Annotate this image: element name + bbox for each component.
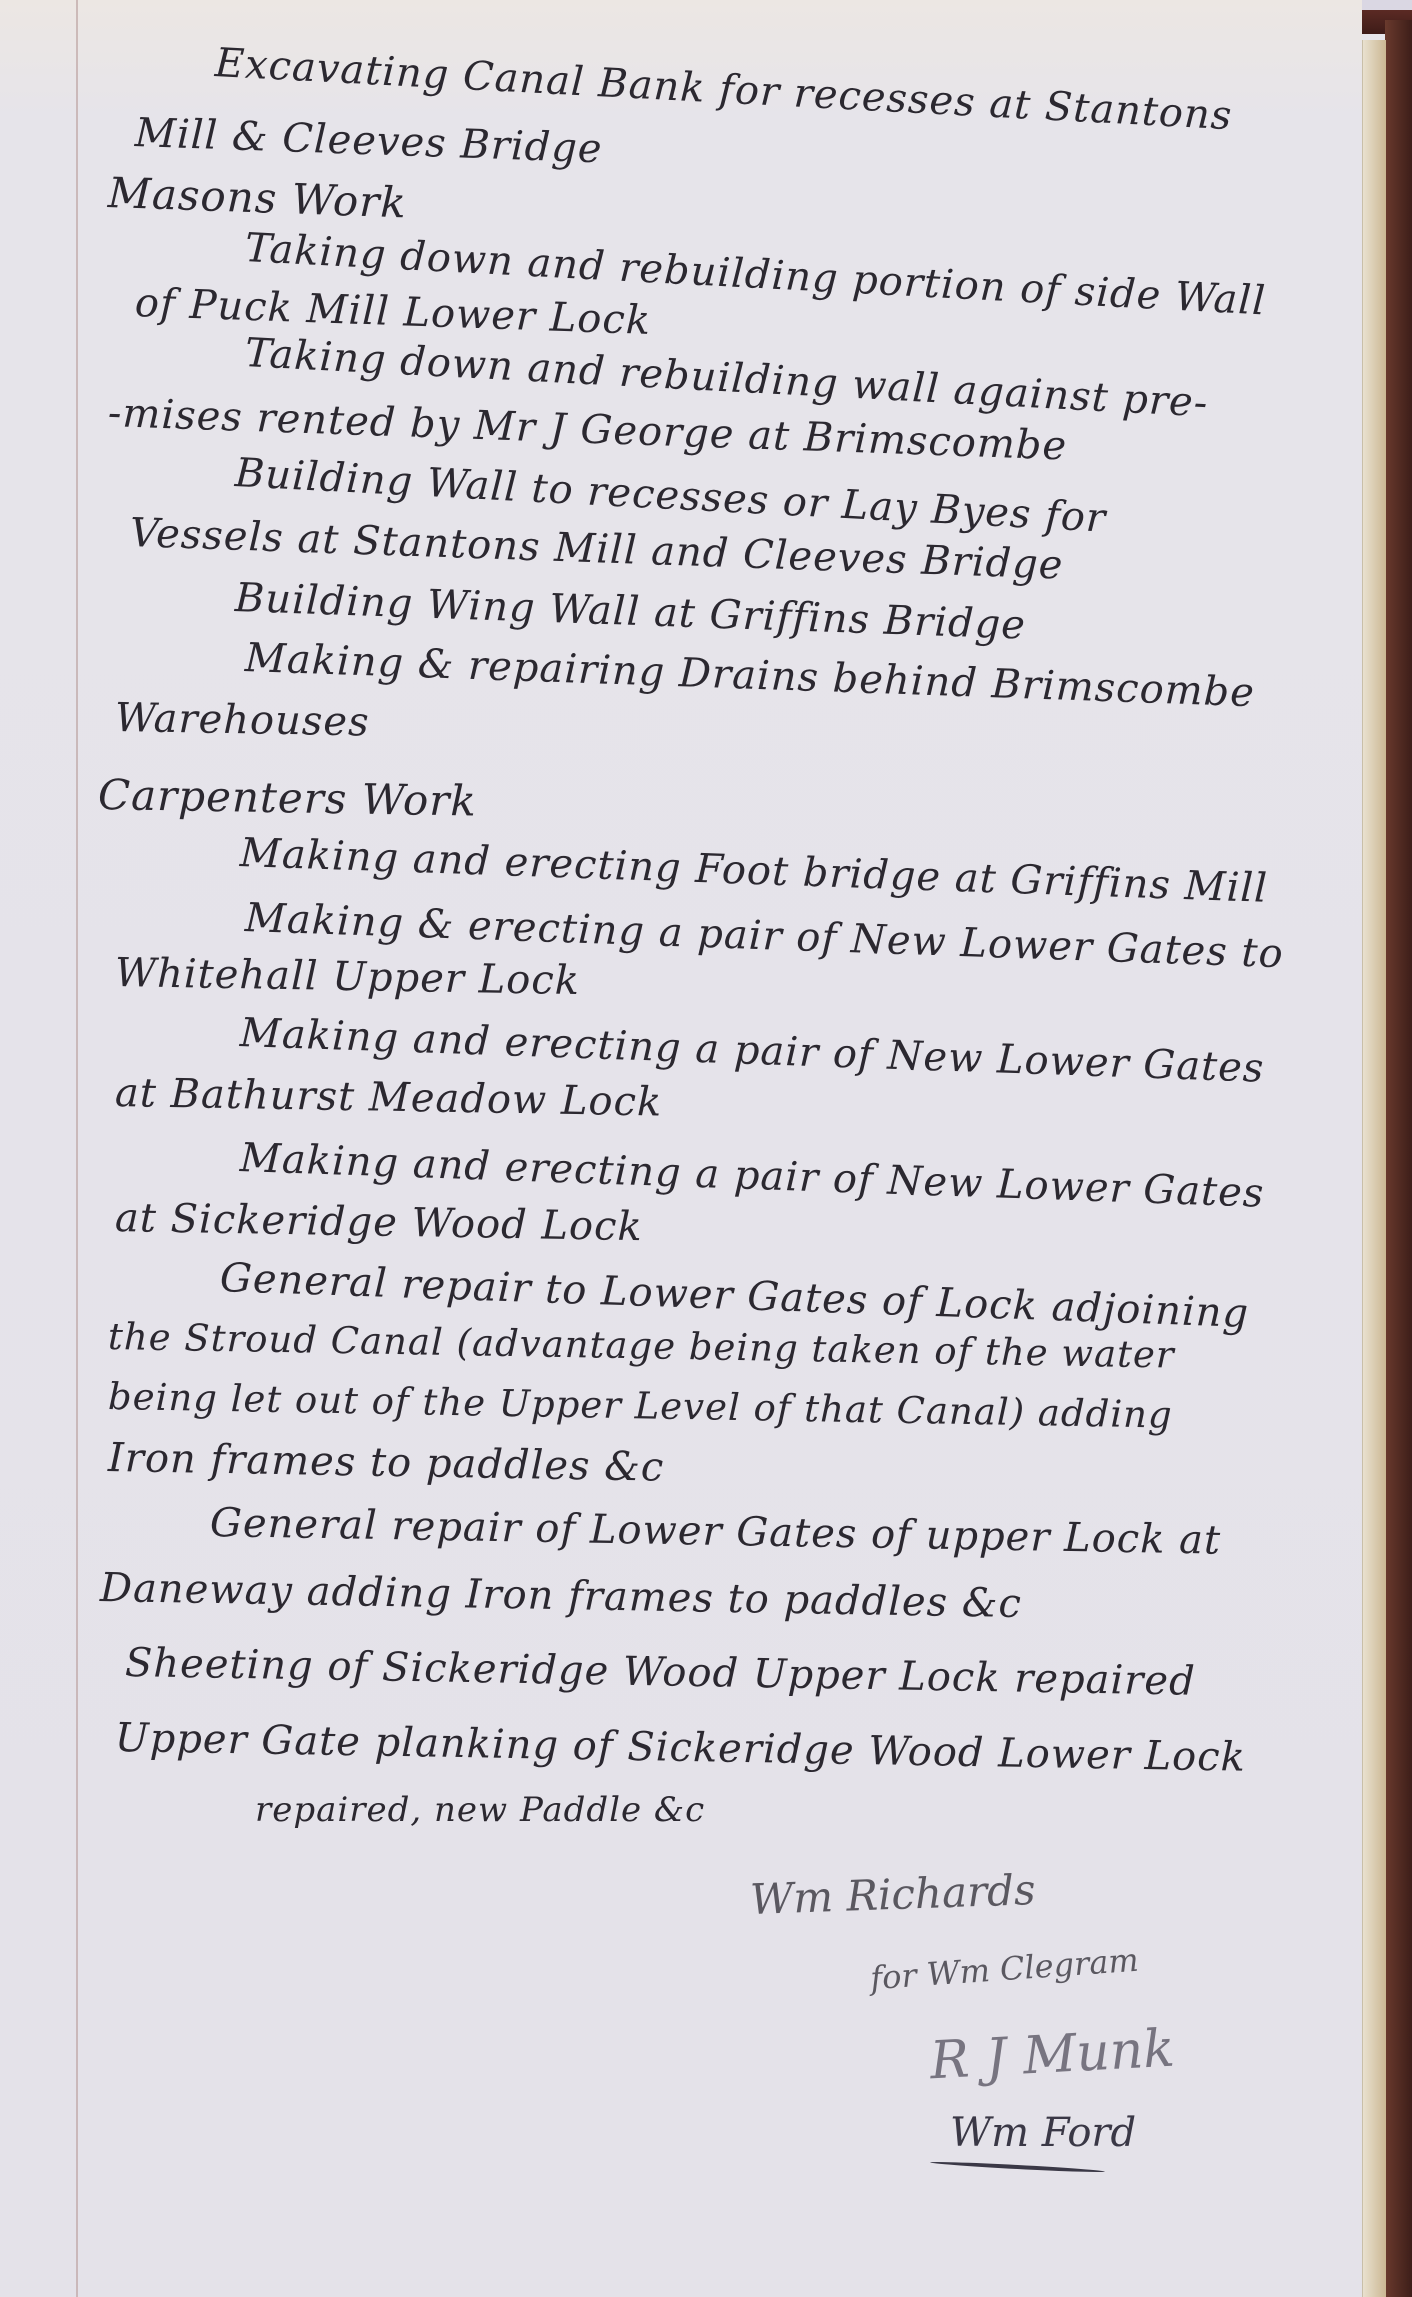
signature-underline <box>930 2160 1105 2173</box>
entry-line: Making & repairing Drains behind Brimsco… <box>244 635 1255 716</box>
section-heading-carpenters-work: Carpenters Work <box>98 770 478 826</box>
entry-line: Whitehall Upper Lock <box>115 950 581 1004</box>
entry-line: at Sickeridge Wood Lock <box>115 1195 644 1250</box>
ledger-page: Excavating Canal Bank for recesses at St… <box>0 0 1362 2297</box>
entry-line: of Puck Mill Lower Lock <box>134 280 652 344</box>
signature-richards: Wm Richards <box>749 1865 1036 1924</box>
entry-line: repaired, new Paddle &c <box>255 1790 705 1830</box>
entry-line: at Bathurst Meadow Lock <box>115 1070 663 1126</box>
entry-line: Warehouses <box>115 695 370 745</box>
signature-ford: Wm Ford <box>950 2110 1136 2156</box>
book-binding-right <box>1385 20 1412 2297</box>
entry-line: Mill & Cleeves Bridge <box>134 110 603 172</box>
entry-line: Building Wing Wall at Griffins Bridge <box>234 575 1027 649</box>
signature-for-clegram: for Wm Clegram <box>869 1941 1140 1998</box>
entry-line: Iron frames to paddles &c <box>108 1435 665 1491</box>
margin-rule <box>76 0 78 2297</box>
entry-line: Upper Gate planking of Sickeridge Wood L… <box>115 1715 1247 1781</box>
entry-line: Daneway adding Iron frames to paddles &c <box>100 1565 1023 1627</box>
entry-line: being let out of the Upper Level of that… <box>108 1375 1173 1437</box>
signature-munk: R J Munk <box>929 2019 1177 2092</box>
section-heading-masons-work: Masons Work <box>107 168 408 227</box>
entry-line: Sheeting of Sickeridge Wood Upper Lock r… <box>125 1640 1196 1705</box>
page-edges <box>1362 40 1386 2297</box>
entry-line: General repair of Lower Gates of upper L… <box>210 1500 1222 1564</box>
